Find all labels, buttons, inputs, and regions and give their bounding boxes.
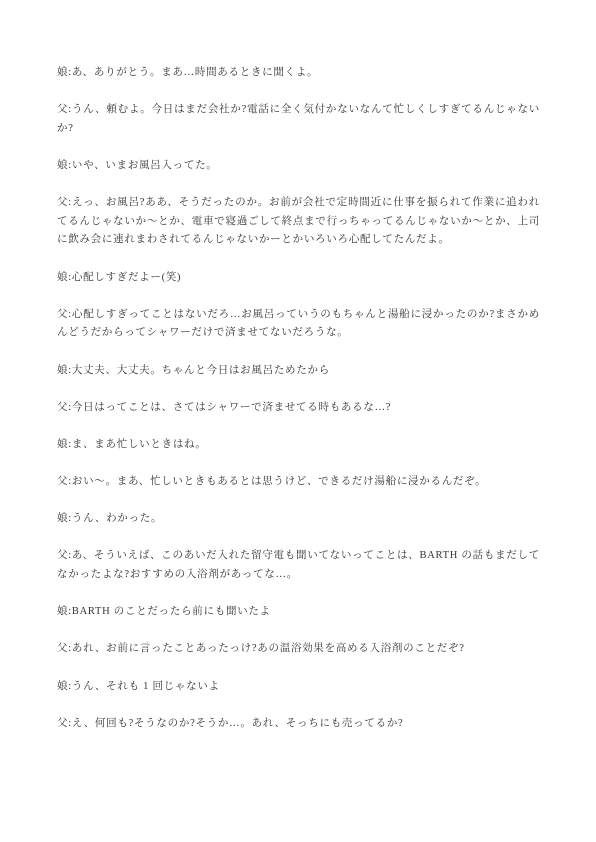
dialogue-line-father: 父:あ、そういえば、このあいだ入れた留守電も聞いてないってことは、BARTH の…	[57, 547, 540, 584]
dialogue-line-daughter: 娘:ま、まあ忙しいときはね。	[57, 436, 540, 455]
dialogue-line-daughter: 娘:うん、それも 1 回じゃないよ	[57, 678, 540, 697]
dialogue-line-daughter: 娘:心配しすぎだよー(笑)	[57, 269, 540, 288]
dialogue-transcript: 娘:あ、ありがとう。まあ…時間あるときに聞くよ。 父:うん、頼むよ。今日はまだ会…	[57, 64, 540, 733]
dialogue-line-father: 父:うん、頼むよ。今日はまだ会社か?電話に全く気付かないなんて忙しくしすぎてるん…	[57, 101, 540, 138]
dialogue-line-daughter: 娘:大丈夫、大丈夫。ちゃんと今日はお風呂ためたから	[57, 362, 540, 381]
dialogue-line-daughter: 娘:BARTH のことだったら前にも聞いたよ	[57, 603, 540, 622]
document-page: 娘:あ、ありがとう。まあ…時間あるときに聞くよ。 父:うん、頼むよ。今日はまだ会…	[0, 0, 596, 842]
dialogue-line-father: 父:あれ、お前に言ったことあったっけ?あの温浴効果を高める入浴剤のことだぞ?	[57, 640, 540, 659]
dialogue-line-father: 父:えっ、お風呂?ああ、そうだったのか。お前が会社で定時間近に仕事を振られて作業…	[57, 194, 540, 250]
dialogue-line-daughter: 娘:いや、いまお風呂入ってた。	[57, 157, 540, 176]
dialogue-line-daughter: 娘:うん、わかった。	[57, 510, 540, 529]
dialogue-line-father: 父:心配しすぎってことはないだろ…お風呂っていうのもちゃんと湯船に浸かったのか?…	[57, 306, 540, 343]
dialogue-line-father: 父:おい〜。まあ、忙しいときもあるとは思うけど、できるだけ湯船に浸かるんだぞ。	[57, 473, 540, 492]
dialogue-line-father: 父:今日はってことは、さてはシャワーで済ませてる時もあるな…?	[57, 399, 540, 418]
dialogue-line-father: 父:え、何回も?そうなのか?そうか…。あれ、そっちにも売ってるか?	[57, 715, 540, 734]
dialogue-line-daughter: 娘:あ、ありがとう。まあ…時間あるときに聞くよ。	[57, 64, 540, 83]
